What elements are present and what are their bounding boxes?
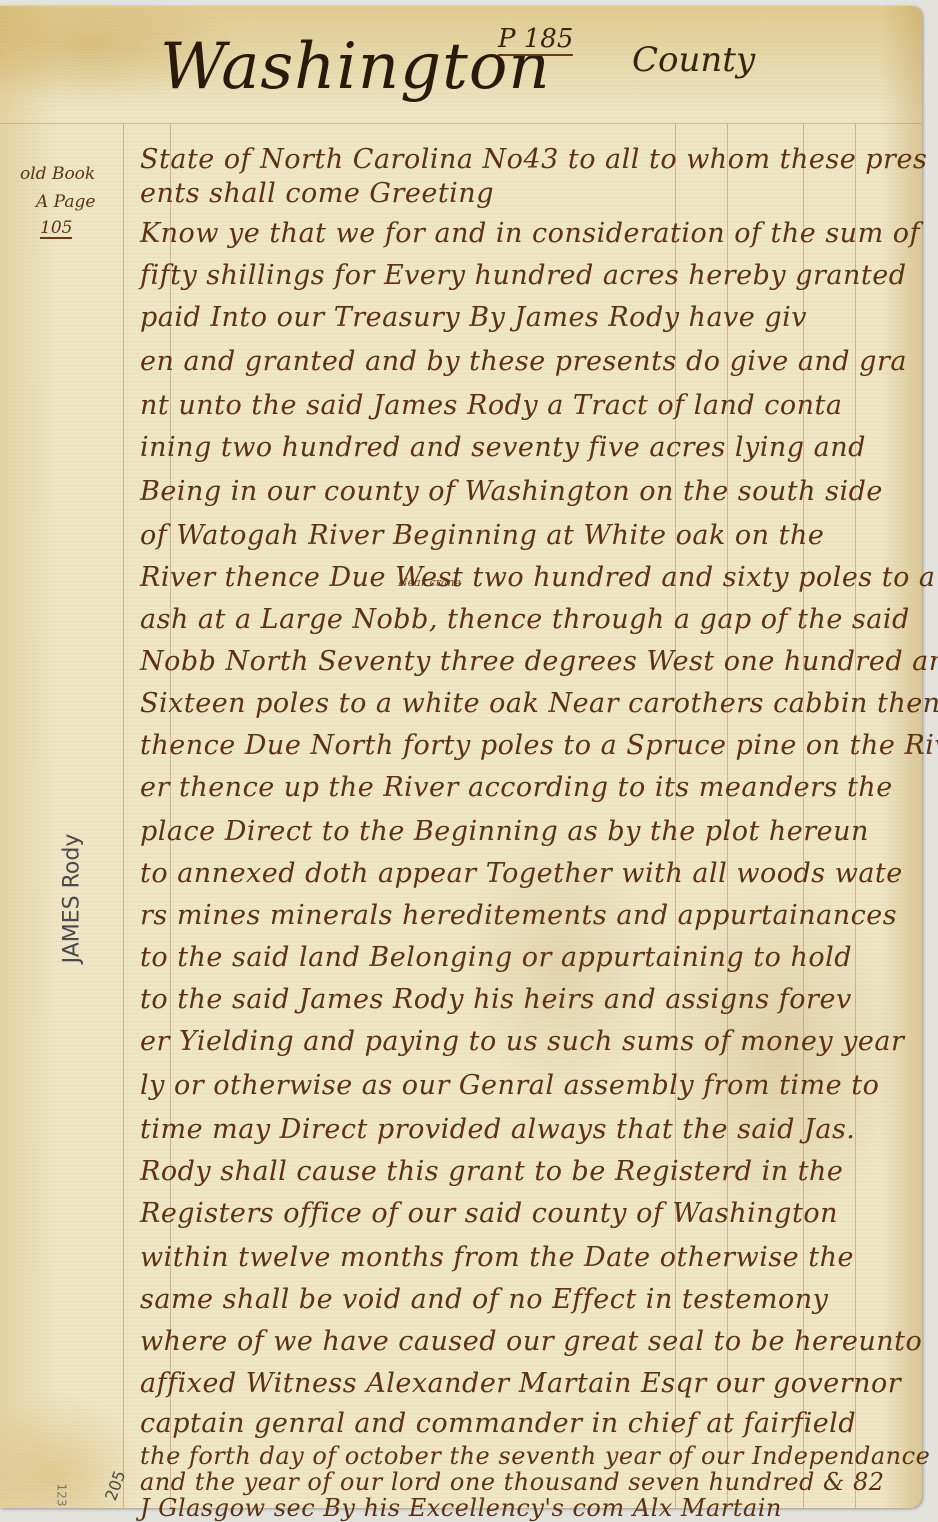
body-line: thence Due North forty poles to a Spruce… (140, 730, 938, 761)
body-line: rs mines minerals hereditements and appu… (140, 900, 897, 931)
document-page: Washington P 185 County old Book A Page … (0, 6, 922, 1508)
signature-line: J Glasgow sec By his Excellency's com Al… (140, 1494, 782, 1520)
margin-note-page-number: 105 (40, 220, 72, 239)
body-line: Know ye that we for and in consideration… (140, 218, 920, 249)
body-line: place Direct to the Beginning as by the … (140, 816, 869, 847)
header-rule (0, 123, 922, 124)
body-line: time may Direct provided always that the… (140, 1114, 855, 1145)
margin-rule-left (123, 124, 124, 1508)
body-line: en and granted and by these presents do … (140, 346, 907, 377)
pencil-grantee-name: JAMES Rody (60, 819, 85, 979)
body-line: River thence Due West two hundred and si… (140, 562, 936, 593)
body-line: captain genral and commander in chief at… (140, 1408, 856, 1439)
body-line: to annexed doth appear Together with all… (140, 858, 903, 889)
body-line: affixed Witness Alexander Martain Esqr o… (140, 1368, 901, 1399)
body-line: fifty shillings for Every hundred acres … (140, 260, 907, 291)
body-line: er Yielding and paying to us such sums o… (140, 1026, 904, 1057)
body-line: and the year of our lord one thousand se… (140, 1468, 885, 1496)
body-line: ly or otherwise as our Genral assembly f… (140, 1070, 879, 1101)
body-line: where of we have caused our great seal t… (140, 1326, 922, 1357)
county-label: County (632, 40, 755, 80)
body-line: er thence up the River according to its … (140, 772, 893, 803)
body-line: Nobb North Seventy three degrees West on… (140, 646, 938, 677)
body-line: nt unto the said James Rody a Tract of l… (140, 390, 842, 421)
body-line: paid Into our Treasury By James Rody hav… (140, 302, 807, 333)
pencil-number-205: 205 (101, 1468, 129, 1503)
margin-note-a-page: A Page (36, 194, 95, 211)
body-line: Being in our county of Washington on the… (140, 476, 883, 507)
body-line: to the said James Rody his heirs and ass… (140, 984, 852, 1015)
body-line: ents shall come Greeting (140, 178, 494, 209)
body-line: the forth day of october the seventh yea… (140, 1442, 930, 1470)
body-line: of Watogah River Beginning at White oak … (140, 520, 824, 551)
body-line: ining two hundred and seventy five acres… (140, 432, 866, 463)
page-reference: P 185 (498, 24, 573, 56)
body-line: Sixteen poles to a white oak Near caroth… (140, 688, 938, 719)
body-line: Registers office of our said county of W… (140, 1198, 838, 1229)
body-line: to the said land Belonging or appurtaini… (140, 942, 852, 973)
body-line: Rody shall cause this grant to be Regist… (140, 1156, 843, 1187)
margin-note-old-book: old Book (20, 166, 95, 183)
county-title: Washington (160, 30, 551, 104)
body-line: within twelve months from the Date other… (140, 1242, 854, 1273)
body-line: State of North Carolina No43 to all to w… (140, 144, 927, 175)
body-line: same shall be void and of no Effect in t… (140, 1284, 828, 1315)
body-line: ash at a Large Nobb, thence through a ga… (140, 604, 910, 635)
pencil-corner-mark: 123 (54, 1484, 68, 1507)
